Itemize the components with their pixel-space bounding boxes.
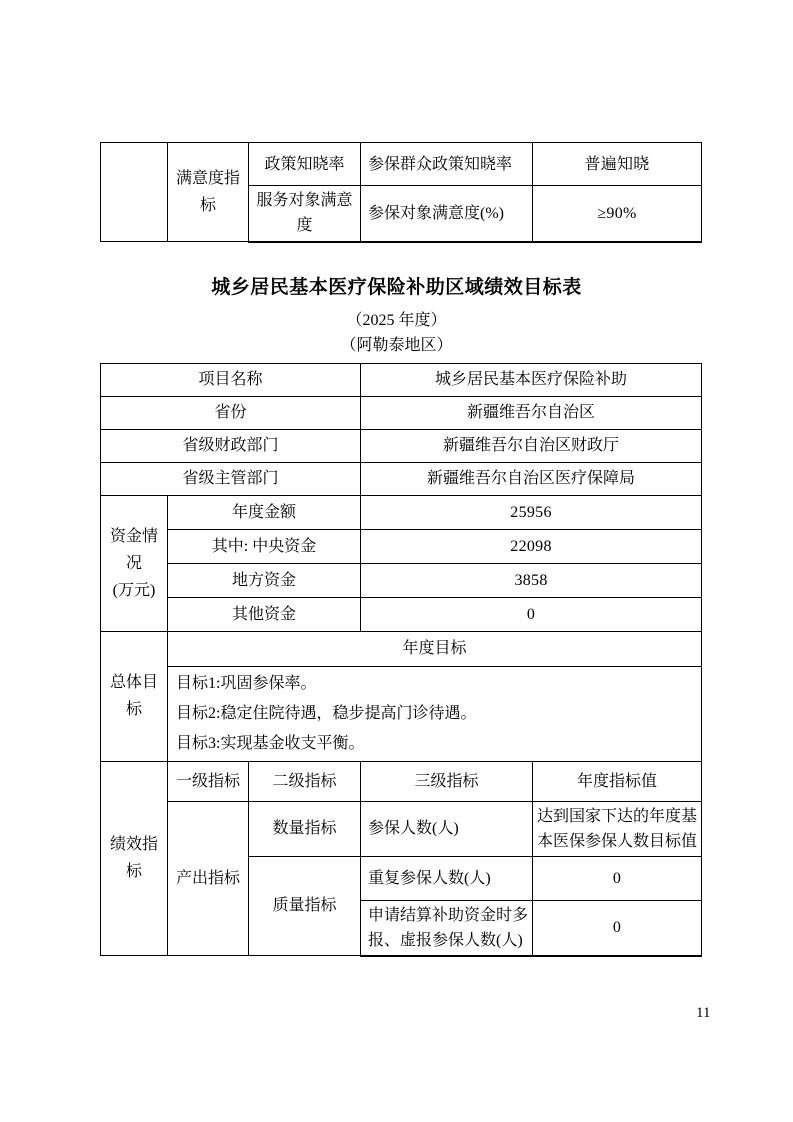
policy-awareness-level2-cell: 政策知晓率 <box>249 143 361 186</box>
annual-amount-value-cell: 25956 <box>361 495 702 529</box>
performance-category-cell: 绩效指标 <box>101 761 168 956</box>
funding-category-cell: 资金情况 (万元) <box>101 495 168 631</box>
project-name-value-cell: 城乡居民基本医疗保险补助 <box>361 363 702 396</box>
goal-line-2: 目标2:稳定住院待遇，稳步提高门诊待遇。 <box>176 699 697 729</box>
authority-dept-value-cell: 新疆维吾尔自治区医疗保障局 <box>361 462 702 495</box>
subtitle-year: （2025 年度） <box>0 311 793 331</box>
table-row: 满意度指标 政策知晓率 参保群众政策知晓率 普遍知晓 <box>101 143 702 186</box>
table-row: 产出指标 数量指标 参保人数(人) 达到国家下达的年度基本医保参保人数目标值 <box>101 801 702 856</box>
central-fund-label-cell: 其中: 中央资金 <box>168 529 361 563</box>
other-fund-label-cell: 其他资金 <box>168 597 361 631</box>
annual-amount-label-cell: 年度金额 <box>168 495 361 529</box>
table-row: 目标1:巩固参保率。目标2:稳定住院待遇，稳步提高门诊待遇。目标3:实现基金收支… <box>101 666 702 761</box>
finance-dept-label-cell: 省级财政部门 <box>101 429 361 462</box>
performance-target-table: 项目名称 城乡居民基本医疗保险补助 省份 新疆维吾尔自治区 省级财政部门 新疆维… <box>100 363 702 957</box>
service-satisfaction-level2-cell: 服务对象满意度 <box>249 186 361 242</box>
central-fund-value-cell: 22098 <box>361 529 702 563</box>
annual-goal-header-cell: 年度目标 <box>168 631 702 666</box>
level1-header-cell: 一级指标 <box>168 761 249 801</box>
level3-header-cell: 三级指标 <box>361 761 533 801</box>
table-row: 地方资金 3858 <box>101 563 702 597</box>
province-value-cell: 新疆维吾尔自治区 <box>361 396 702 429</box>
quality-indicator-cell: 质量指标 <box>249 856 361 956</box>
overall-goal-category-cell: 总体目标 <box>101 631 168 761</box>
service-satisfaction-value-cell: ≥90% <box>533 186 702 242</box>
project-name-label-cell: 项目名称 <box>101 363 361 396</box>
page-title: 城乡居民基本医疗保险补助区域绩效目标表 <box>0 272 793 299</box>
satisfaction-table: 满意度指标 政策知晓率 参保群众政策知晓率 普遍知晓 服务对象满意度 参保对象满… <box>100 142 702 243</box>
insured-count-indicator-cell: 参保人数(人) <box>361 801 533 856</box>
local-fund-value-cell: 3858 <box>361 563 702 597</box>
insured-count-value-cell: 达到国家下达的年度基本医保参保人数目标值 <box>533 801 702 856</box>
duplicate-insured-indicator-cell: 重复参保人数(人) <box>361 856 533 900</box>
overreport-indicator-cell: 申请结算补助资金时多报、虚报参保人数(人) <box>361 900 533 956</box>
other-fund-value-cell: 0 <box>361 597 702 631</box>
annual-value-header-cell: 年度指标值 <box>533 761 702 801</box>
table-row: 省级主管部门 新疆维吾尔自治区医疗保障局 <box>101 462 702 495</box>
province-label-cell: 省份 <box>101 396 361 429</box>
overreport-value-cell: 0 <box>533 900 702 956</box>
duplicate-insured-value-cell: 0 <box>533 856 702 900</box>
satisfaction-category-cell: 满意度指标 <box>168 143 249 242</box>
table-row: 资金情况 (万元) 年度金额 25956 <box>101 495 702 529</box>
authority-dept-label-cell: 省级主管部门 <box>101 462 361 495</box>
satisfaction-spacer-cell <box>101 143 168 242</box>
document-page: 满意度指标 政策知晓率 参保群众政策知晓率 普遍知晓 服务对象满意度 参保对象满… <box>0 0 793 1122</box>
page-number: 11 <box>696 1004 710 1022</box>
annual-goal-body-cell: 目标1:巩固参保率。目标2:稳定住院待遇，稳步提高门诊待遇。目标3:实现基金收支… <box>168 666 702 761</box>
table-row: 绩效指标 一级指标 二级指标 三级指标 年度指标值 <box>101 761 702 801</box>
table-row: 项目名称 城乡居民基本医疗保险补助 <box>101 363 702 396</box>
local-fund-label-cell: 地方资金 <box>168 563 361 597</box>
table-row: 其中: 中央资金 22098 <box>101 529 702 563</box>
service-satisfaction-level3-cell: 参保对象满意度(%) <box>361 186 533 242</box>
table-row: 总体目标 年度目标 <box>101 631 702 666</box>
subtitle-region: （阿勒泰地区） <box>0 336 793 356</box>
goal-line-1: 目标1:巩固参保率。 <box>176 669 697 699</box>
table-row: 省级财政部门 新疆维吾尔自治区财政厅 <box>101 429 702 462</box>
quantity-indicator-cell: 数量指标 <box>249 801 361 856</box>
goal-line-3: 目标3:实现基金收支平衡。 <box>176 729 697 759</box>
table-row: 其他资金 0 <box>101 597 702 631</box>
output-indicator-cell: 产出指标 <box>168 801 249 956</box>
policy-awareness-level3-cell: 参保群众政策知晓率 <box>361 143 533 186</box>
finance-dept-value-cell: 新疆维吾尔自治区财政厅 <box>361 429 702 462</box>
policy-awareness-value-cell: 普遍知晓 <box>533 143 702 186</box>
level2-header-cell: 二级指标 <box>249 761 361 801</box>
table-row: 省份 新疆维吾尔自治区 <box>101 396 702 429</box>
